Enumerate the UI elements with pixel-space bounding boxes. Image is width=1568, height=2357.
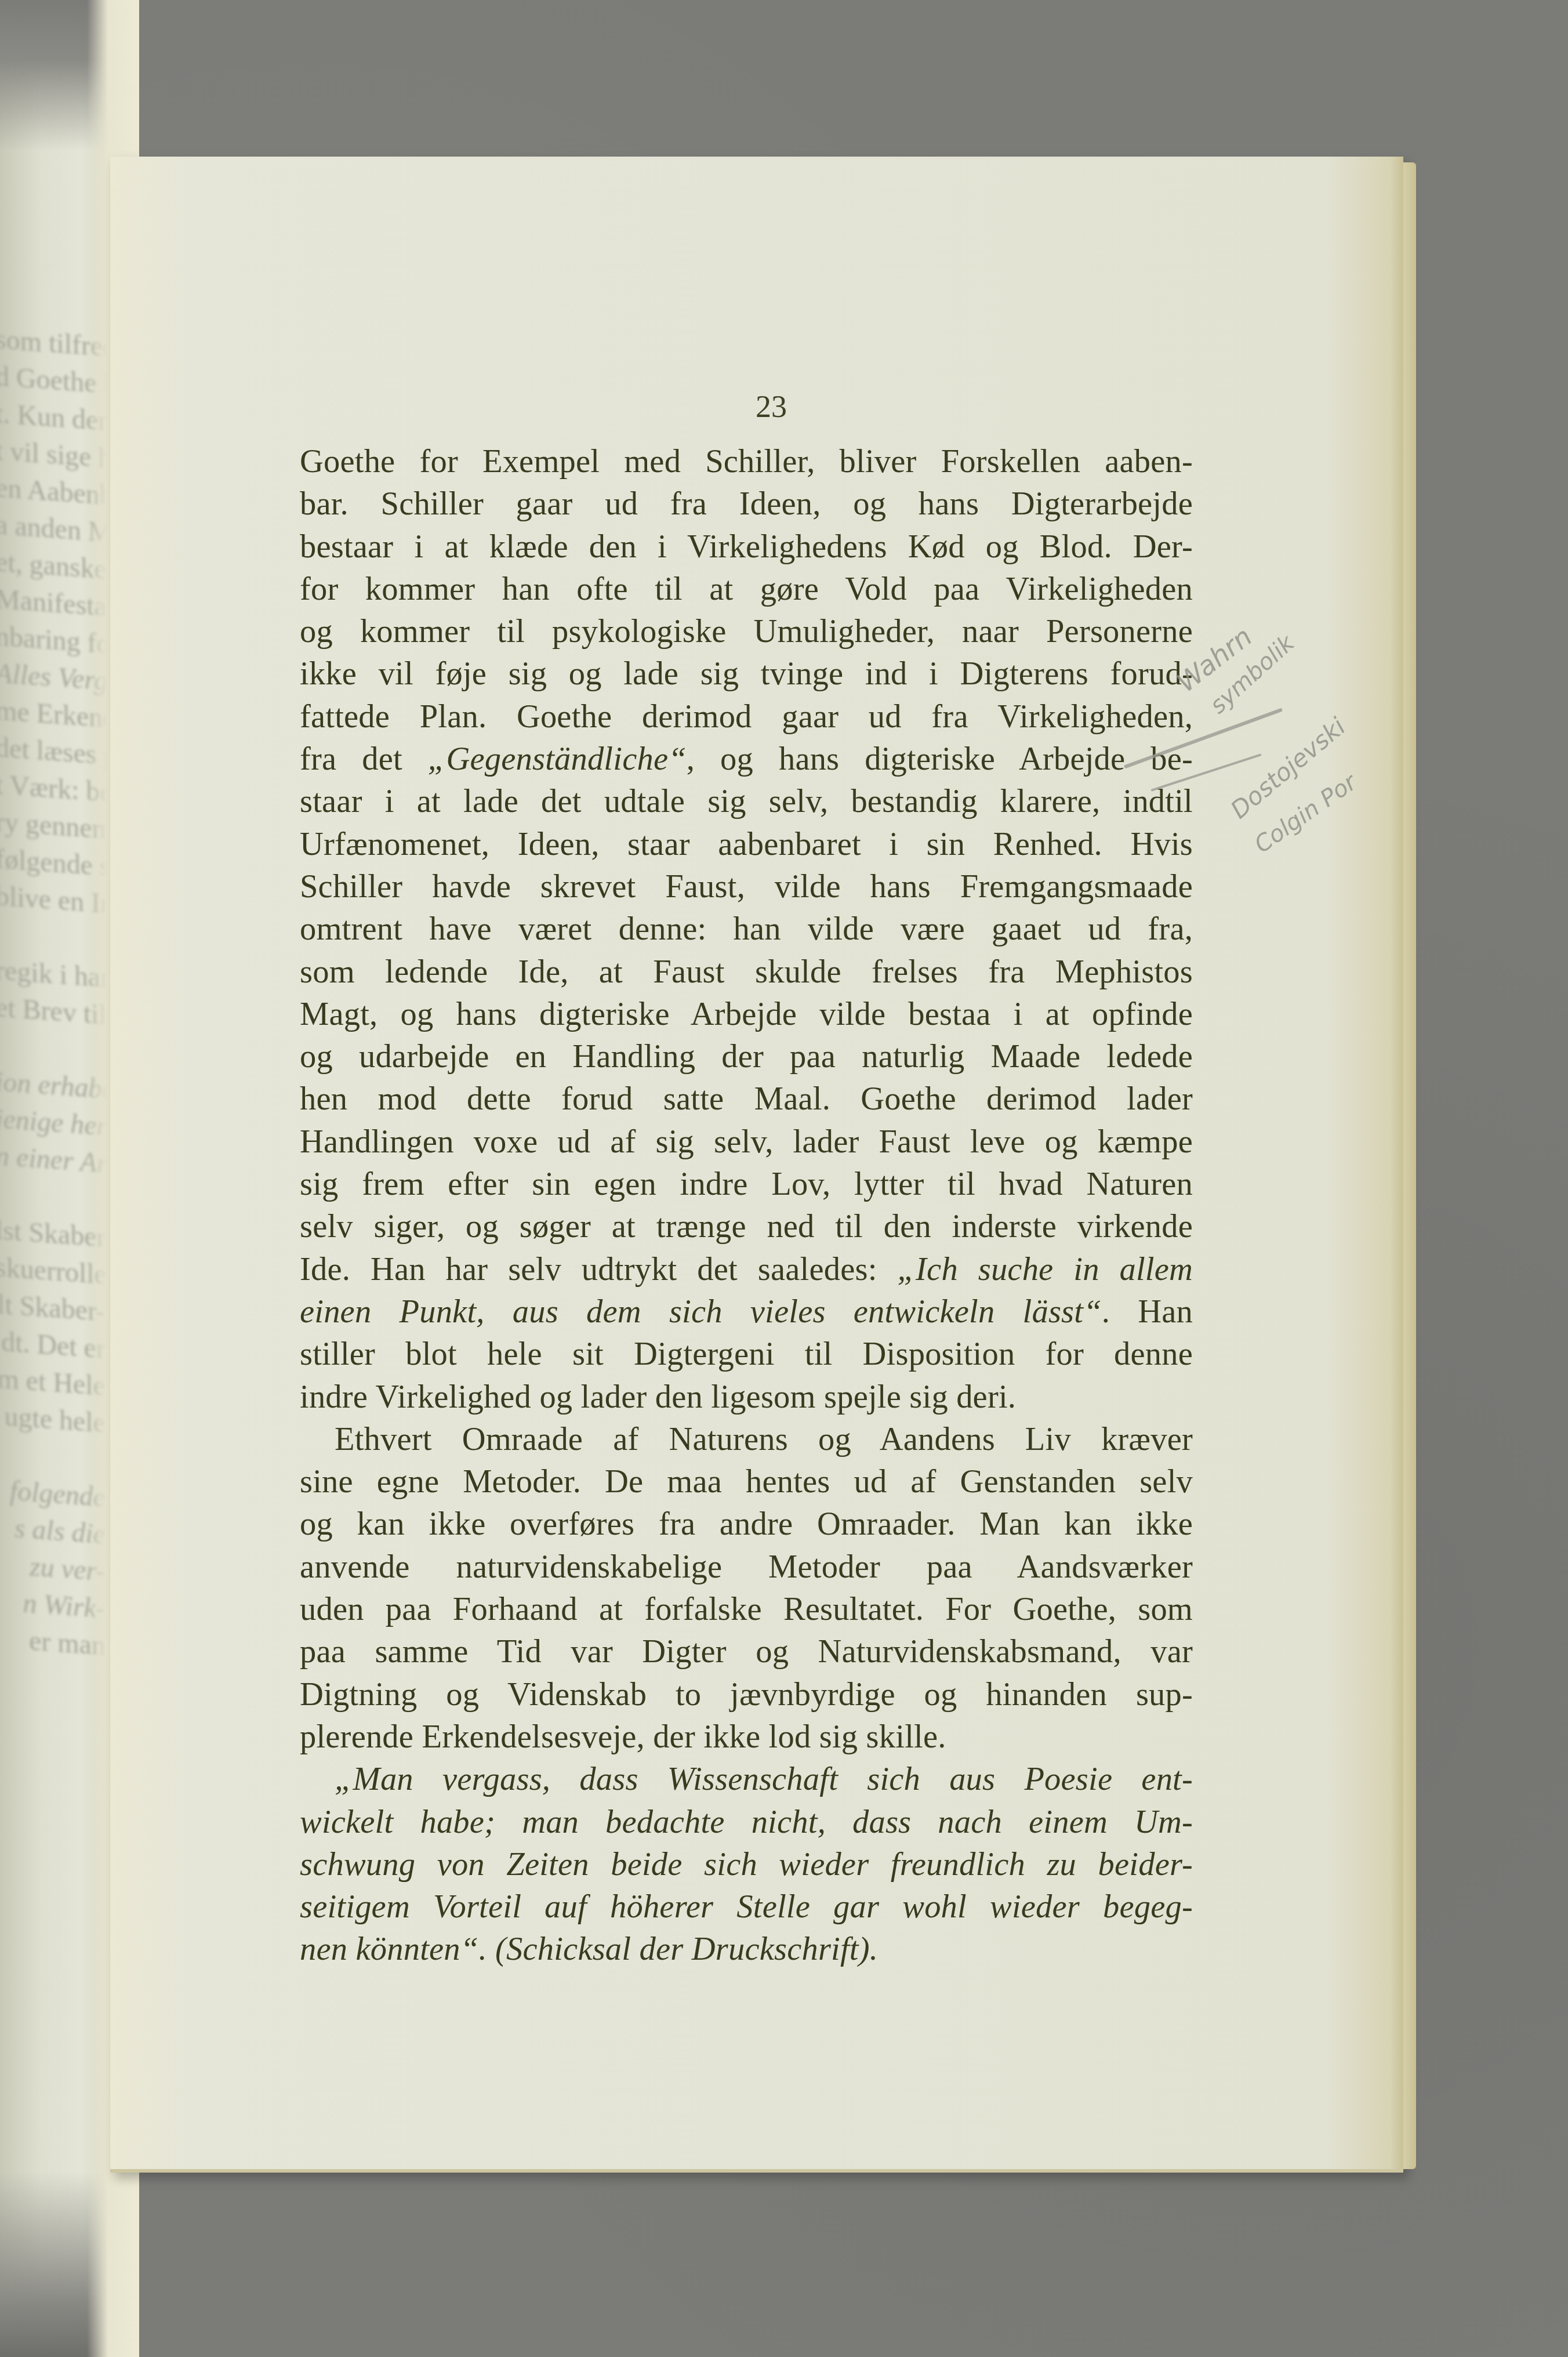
text-line: bar. Schiller gaar ud fra Ideen, og hans… [300, 483, 1193, 525]
text-line: uden paa Forhaand at forfalske Resultate… [300, 1589, 1193, 1631]
text-line: fattede Plan. Goethe derimod gaar ud fra… [300, 696, 1193, 738]
text-line: paa samme Tid var Digter og Naturvidensk… [300, 1631, 1193, 1673]
right-page: 23 Goethe for Exempel med Schiller, bliv… [110, 157, 1403, 2173]
text-run: Ide. Han har selv udtrykt det saaledes: [300, 1252, 897, 1288]
text-run: fra det [300, 741, 428, 777]
paragraph-1: Goethe for Exempel med Schiller, bliver … [300, 441, 1193, 1419]
text-line: Magt, og hans digteriske Arbejde vilde b… [300, 993, 1193, 1036]
quote-line: wickelt habe; man bedachte nicht, dass n… [300, 1801, 1193, 1844]
text-line: hen mod dette forud satte Maal. Goethe d… [300, 1078, 1193, 1121]
text-line: indre Virkelighed og lader den ligesom s… [300, 1376, 1193, 1419]
text-line: omtrent have været denne: han vilde være… [300, 908, 1193, 951]
text-line: staar i at lade det udtale sig selv, bes… [300, 781, 1193, 823]
text-line: Schiller havde skrevet Faust, vilde hans… [300, 866, 1193, 908]
quote-line: schwung von Zeiten beide sich wieder fre… [300, 1844, 1193, 1886]
page-edge [1403, 162, 1416, 2169]
quote-line: „Man vergass, dass Wissenschaft sich aus… [300, 1758, 1193, 1801]
text-line: Goethe for Exempel med Schiller, bliver … [300, 441, 1193, 483]
text-line: Ide. Han har selv udtrykt det saaledes: … [300, 1249, 1193, 1291]
italic-quote: „Ich suche in allem [897, 1252, 1193, 1288]
italic-quote: „Gegenständliche“ [428, 741, 687, 777]
text-line: Urfænomenet, Ideen, staar aabenbaret i s… [300, 824, 1193, 866]
text-line: sine egne Metoder. De maa hentes ud af G… [300, 1461, 1193, 1503]
text-line: fra det „Gegenständliche“, og hans digte… [300, 738, 1193, 781]
text-line: Handlingen voxe ud af sig selv, lader Fa… [300, 1121, 1193, 1163]
quote-line: nen könnten“. (Schicksal der Druckschrif… [300, 1928, 1193, 1971]
block-quote: „Man vergass, dass Wissenschaft sich aus… [300, 1758, 1193, 1971]
text-run: , og hans digteriske Arbejde be- [687, 741, 1193, 777]
text-line: stiller blot hele sit Digtergeni til Dis… [300, 1333, 1193, 1376]
text-line: sig frem efter sin egen indre Lov, lytte… [300, 1163, 1193, 1206]
italic-quote: einen Punkt, aus dem sich vieles entwick… [300, 1294, 1102, 1330]
text-line: anvende naturvidenskabelige Metoder paa … [300, 1546, 1193, 1589]
body-text: Goethe for Exempel med Schiller, bliver … [300, 441, 1193, 1971]
text-line: som ledende Ide, at Faust skulde frelses… [300, 951, 1193, 993]
paragraph-2: Ethvert Omraade af Naturens og Aandens L… [300, 1419, 1193, 1758]
text-line: einen Punkt, aus dem sich vieles entwick… [300, 1291, 1193, 1333]
text-line: bestaar i at klæde den i Virkelighedens … [300, 526, 1193, 568]
quote-line: seitigem Vorteil auf höherer Stelle gar … [300, 1886, 1193, 1928]
text-line: og kommer til psykologiske Umuligheder, … [300, 611, 1193, 653]
text-line: og kan ikke overføres fra andre Omraader… [300, 1503, 1193, 1546]
text-line: selv siger, og søger at trænge ned til d… [300, 1206, 1193, 1248]
text-line: og udarbejde en Handling der paa naturli… [300, 1036, 1193, 1078]
text-line: Ethvert Omraade af Naturens og Aandens L… [300, 1419, 1193, 1461]
text-run: . Han [1102, 1294, 1193, 1330]
page-number: 23 [719, 389, 823, 425]
text-line: Digtning og Videnskab to jævnbyrdige og … [300, 1674, 1193, 1716]
text-line: plerende Erkendelsesveje, der ikke lod s… [300, 1716, 1193, 1758]
text-line: for kommer han ofte til at gøre Vold paa… [300, 568, 1193, 611]
text-line: ikke vil føje sig og lade sig tvinge ind… [300, 653, 1193, 695]
